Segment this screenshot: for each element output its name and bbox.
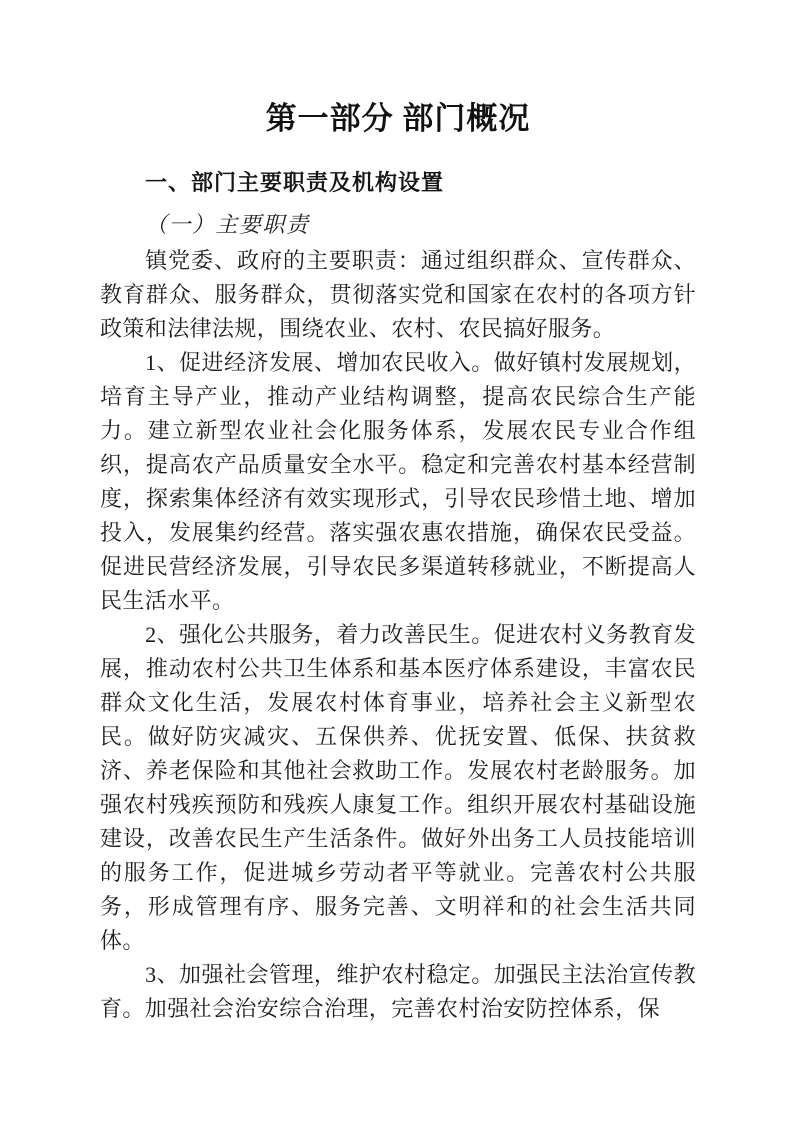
- document-page: 第一部分 部门概况 一、部门主要职责及机构设置 （一）主要职责 镇党委、政府的主…: [0, 0, 792, 1121]
- paragraph-item-2-public-services: 2、强化公共服务，着力改善民生。促进农村义务教育发展，推动农村公共卫生体系和基本…: [100, 618, 696, 958]
- paragraph-item-3-social-management: 3、加强社会管理，维护农村稳定。加强民主法治宣传教育。加强社会治安综合治理，完善…: [100, 958, 696, 1026]
- document-title: 第一部分 部门概况: [100, 96, 696, 142]
- section-heading-duties-and-structure: 一、部门主要职责及机构设置: [100, 168, 696, 198]
- paragraph-item-1-economy: 1、促进经济发展、增加农民收入。做好镇村发展规划，培育主导产业，推动产业结构调整…: [100, 346, 696, 618]
- paragraph-overview: 镇党委、政府的主要职责：通过组织群众、宣传群众、教育群众、服务群众，贯彻落实党和…: [100, 244, 696, 346]
- subsection-heading-main-duties: （一）主要职责: [100, 209, 696, 241]
